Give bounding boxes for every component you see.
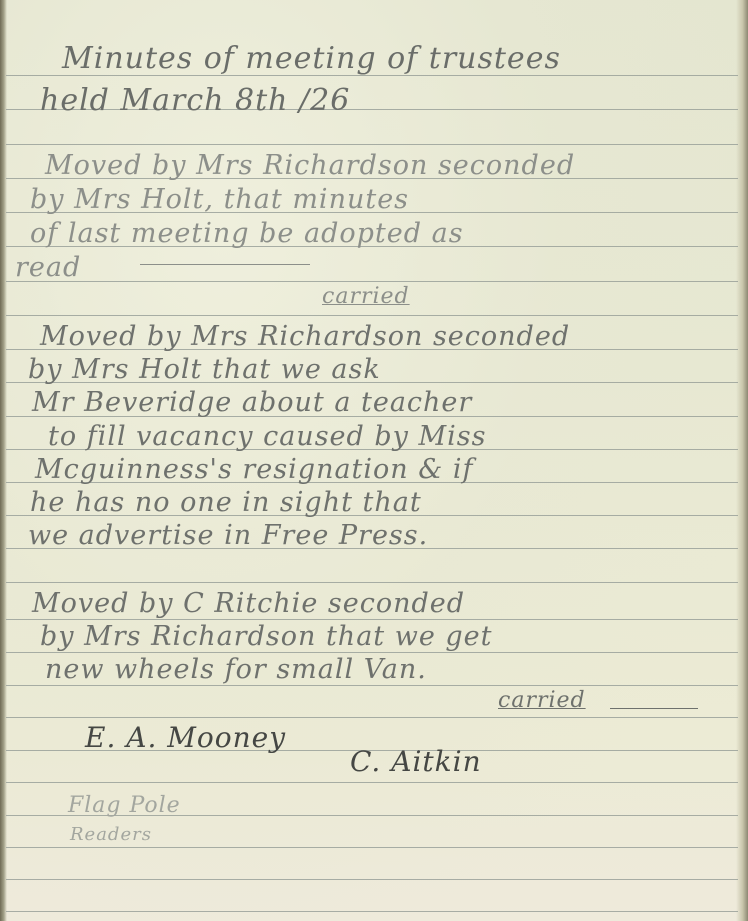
ruled-line	[6, 685, 738, 686]
motion-1-line: of last meeting be adopted as	[30, 220, 464, 247]
signature-aitkin: C. Aitkin	[350, 748, 482, 776]
motion-1-line: Moved by Mrs Richardson seconded	[45, 152, 575, 179]
motion-1-dash	[140, 264, 310, 265]
meeting-date: held March 8th /26	[40, 86, 350, 116]
ruled-line	[6, 315, 738, 316]
motion-2-line: Moved by Mrs Richardson seconded	[40, 323, 570, 350]
ruled-line	[6, 847, 738, 848]
motion-3-line: Moved by C Ritchie seconded	[32, 590, 465, 617]
motion-2-line: Mr Beveridge about a teacher	[32, 389, 472, 416]
ruled-line	[6, 717, 738, 718]
ruled-line	[6, 619, 738, 620]
motion-1-line: read	[15, 254, 81, 281]
signature-mooney: E. A. Mooney	[85, 724, 286, 752]
motion-2-line: he has no one in sight that	[30, 489, 422, 516]
motion-2-line: we advertise in Free Press.	[28, 522, 428, 549]
motion-1-line: by Mrs Holt, that minutes	[30, 186, 409, 213]
note-flag-pole: Flag Pole	[68, 795, 181, 817]
motion-3-result-stroke	[610, 708, 698, 709]
minutes-title: Minutes of meeting of trustees	[62, 44, 561, 74]
motion-3-line: by Mrs Richardson that we get	[40, 623, 493, 650]
notebook-page: Minutes of meeting of trustees held Marc…	[0, 0, 748, 921]
motion-2-line: to fill vacancy caused by Miss	[48, 423, 487, 450]
ruled-line	[6, 144, 738, 145]
ruled-line	[6, 652, 738, 653]
motion-1-result: carried	[322, 286, 410, 308]
ruled-line	[6, 582, 738, 583]
ruled-line	[6, 911, 738, 912]
note-readers: Readers	[70, 826, 152, 844]
motion-2-line: Mcguinness's resignation & if	[35, 456, 474, 483]
ruled-line	[6, 281, 738, 282]
motion-3-line: new wheels for small Van.	[45, 656, 427, 683]
motion-3-result: carried	[498, 690, 586, 712]
motion-2-line: by Mrs Holt that we ask	[28, 356, 381, 383]
ruled-line	[6, 782, 738, 783]
ruled-line	[6, 879, 738, 880]
